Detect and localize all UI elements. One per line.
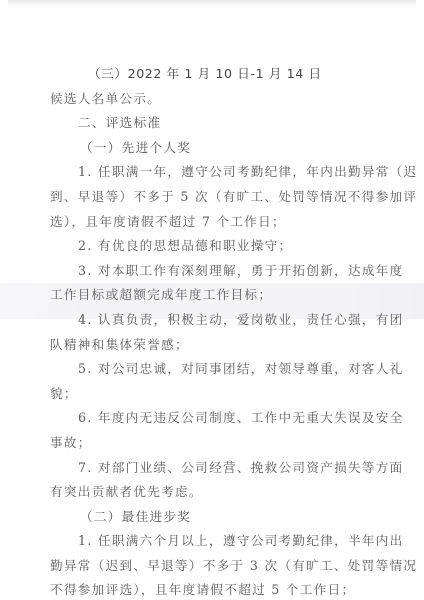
criterion-line: 有突出贡献者优先考虑。 xyxy=(50,480,360,505)
scan-edge-shadow xyxy=(8,0,416,8)
criterion-line: 3. 对本职工作有深刻理解，勇于开拓创新，达成年度 xyxy=(50,259,360,284)
criterion-line: 不得参加评选），且年度请假不超过 5 个工作日； xyxy=(50,578,360,600)
scanned-document-page: （三）2022 年 1 月 10 日-1 月 14 日 候选人名单公示。 二、评… xyxy=(0,0,424,600)
publicity-date-item-cont: 候选人名单公示。 xyxy=(50,87,360,112)
criterion-line: 6. 年度内无违反公司制度、工作中无重大失误及安全 xyxy=(50,406,360,431)
criterion-line: 勤异常（迟到、早退等）不多于 3 次（有旷工、处罚等情况 xyxy=(50,554,360,579)
document-body: （三）2022 年 1 月 10 日-1 月 14 日 候选人名单公示。 二、评… xyxy=(50,62,360,600)
criterion-line: 4. 认真负责，积极主动，爱岗敬业，责任心强，有团 xyxy=(50,308,360,333)
criterion-line: 1. 任职满六个月以上，遵守公司考勤纪律，半年内出 xyxy=(50,529,360,554)
publicity-date-item: （三）2022 年 1 月 10 日-1 月 14 日 xyxy=(50,62,360,87)
criterion-line: 选），且年度请假不超过 7 个工作日； xyxy=(50,210,360,235)
criterion-line: 工作目标或超额完成年度工作目标； xyxy=(50,283,360,308)
criterion-line: 7. 对部门业绩、公司经营、挽救公司资产损失等方面 xyxy=(50,456,360,481)
subheading-advanced-individual: （一）先进个人奖 xyxy=(50,136,360,161)
criterion-line: 事故； xyxy=(50,431,360,456)
criterion-line: 2. 有优良的思想品德和职业操守； xyxy=(50,234,360,259)
criterion-line: 1. 任职满一年，遵守公司考勤纪律，年内出勤异常（迟 xyxy=(50,160,360,185)
criterion-line: 队精神和集体荣誉感； xyxy=(50,333,360,358)
criterion-line: 貌； xyxy=(50,382,360,407)
section-heading-criteria: 二、评选标准 xyxy=(50,111,360,136)
subheading-best-progress: （二）最佳进步奖 xyxy=(50,505,360,530)
criterion-line: 到、早退等）不多于 5 次（有旷工、处罚等情况不得参加评 xyxy=(50,185,360,210)
criterion-line: 5. 对公司忠诚，对同事团结，对领导尊重，对客人礼 xyxy=(50,357,360,382)
